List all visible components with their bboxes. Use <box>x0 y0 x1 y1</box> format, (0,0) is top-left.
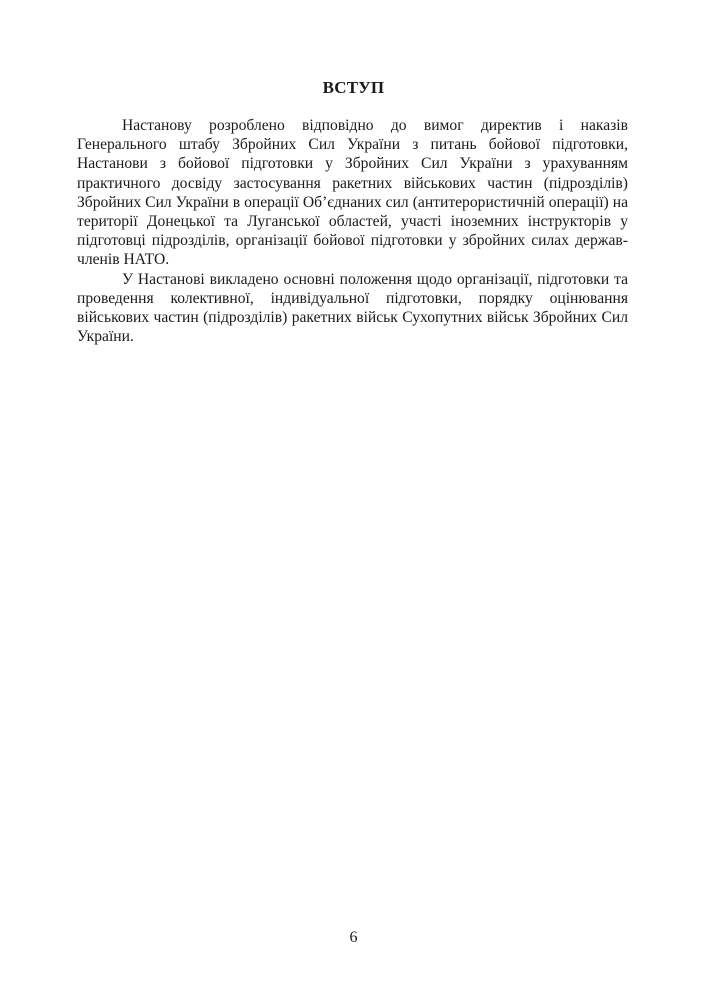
document-page: ВСТУП Настанову розроблено відповідно до… <box>0 0 707 1000</box>
paragraph-2: У Настанові викладено основні положення … <box>77 270 628 347</box>
body-text: Настанову розроблено відповідно до вимог… <box>77 116 628 346</box>
section-title: ВСТУП <box>0 78 707 98</box>
paragraph-1: Настанову розроблено відповідно до вимог… <box>77 116 628 270</box>
page-number: 6 <box>0 929 707 947</box>
